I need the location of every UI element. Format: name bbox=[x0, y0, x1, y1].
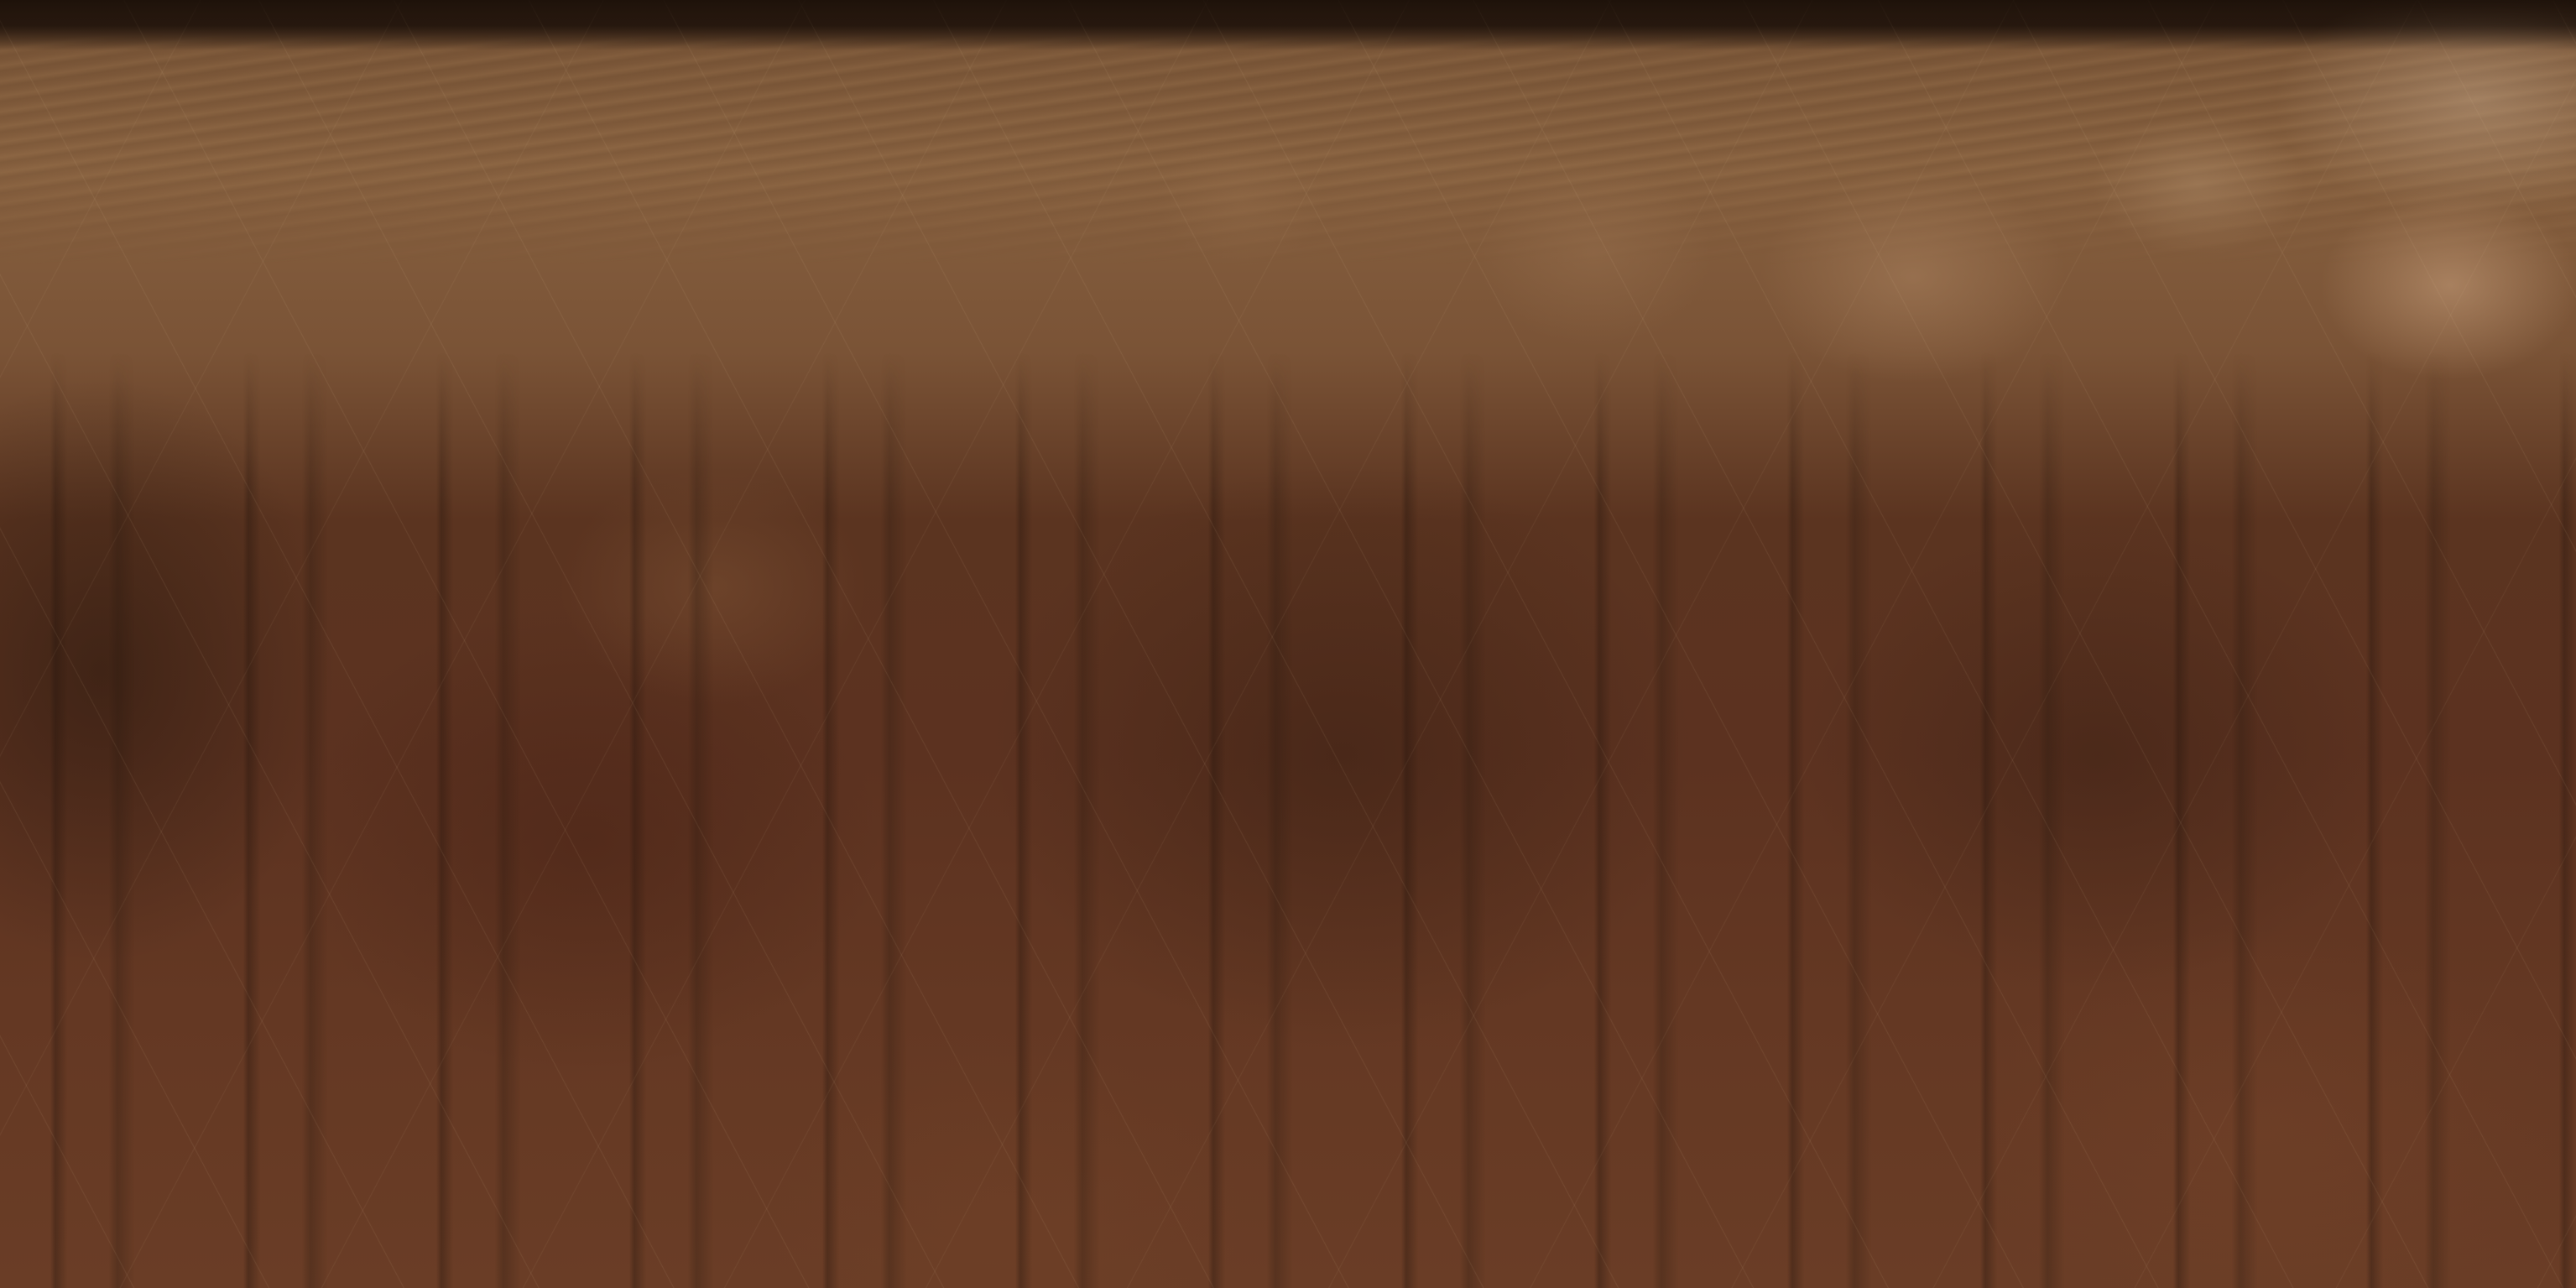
rust-metal-texture bbox=[0, 0, 2576, 1288]
dark-top-edge bbox=[0, 0, 2576, 1288]
